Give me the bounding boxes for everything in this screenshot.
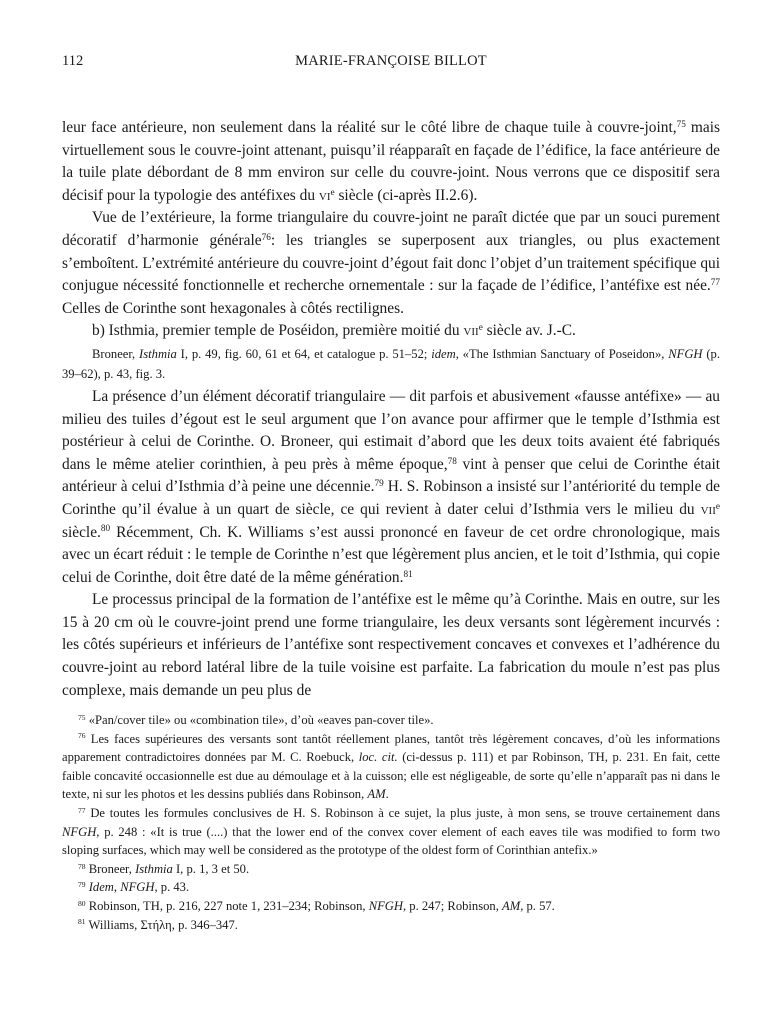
footnote-ref-79[interactable]: 79 (374, 478, 383, 488)
footnote-79: 79 Idem, NFGH, p. 43. (62, 878, 720, 897)
footnote-81: 81 Williams, Στήλη, p. 346–347. (62, 916, 720, 935)
paragraph-5: Le processus principal de la formation d… (62, 589, 720, 702)
footnote-77: 77 De toutes les formules conclusives de… (62, 804, 720, 860)
footnote-75: 75 «Pan/cover tile» ou «combination tile… (62, 711, 720, 730)
paragraph-1: leur face antérieure, non seulement dans… (62, 117, 720, 207)
footnote-ref-77[interactable]: 77 (711, 277, 720, 287)
main-text: leur face antérieure, non seulement dans… (62, 117, 720, 702)
century-numeral: vi (319, 187, 331, 204)
section-heading-isthmia: b) Isthmia, premier temple de Poséidon, … (62, 320, 720, 343)
greek-title: Στήλη (140, 918, 171, 932)
footnote-ref-81[interactable]: 81 (403, 569, 412, 579)
footnote-ref-76[interactable]: 76 (262, 232, 271, 242)
century-numeral: vii (463, 322, 478, 339)
century-numeral: vii (701, 501, 716, 518)
footnote-78: 78 Broneer, Isthmia I, p. 1, 3 et 50. (62, 860, 720, 879)
running-head-author: MARIE-FRANÇOISE BILLOT (62, 53, 720, 70)
paragraph-4: La présence d’un élément décoratif trian… (62, 386, 720, 589)
footnote-80: 80 Robinson, TH, p. 216, 227 note 1, 231… (62, 897, 720, 916)
footnotes: 75 «Pan/cover tile» ou «combination tile… (62, 711, 720, 934)
footnote-ref-80[interactable]: 80 (101, 523, 110, 533)
footnote-ref-78[interactable]: 78 (448, 456, 457, 466)
footnote-76: 76 Les faces supérieures des versants so… (62, 730, 720, 804)
paragraph-2: Vue de l’extérieure, la forme triangulai… (62, 207, 720, 320)
bibliographic-reference: Broneer, Isthmia I, p. 49, fig. 60, 61 e… (62, 344, 720, 384)
page-header: 112 MARIE-FRANÇOISE BILLOT (62, 53, 720, 73)
footnote-ref-75[interactable]: 75 (677, 119, 686, 129)
